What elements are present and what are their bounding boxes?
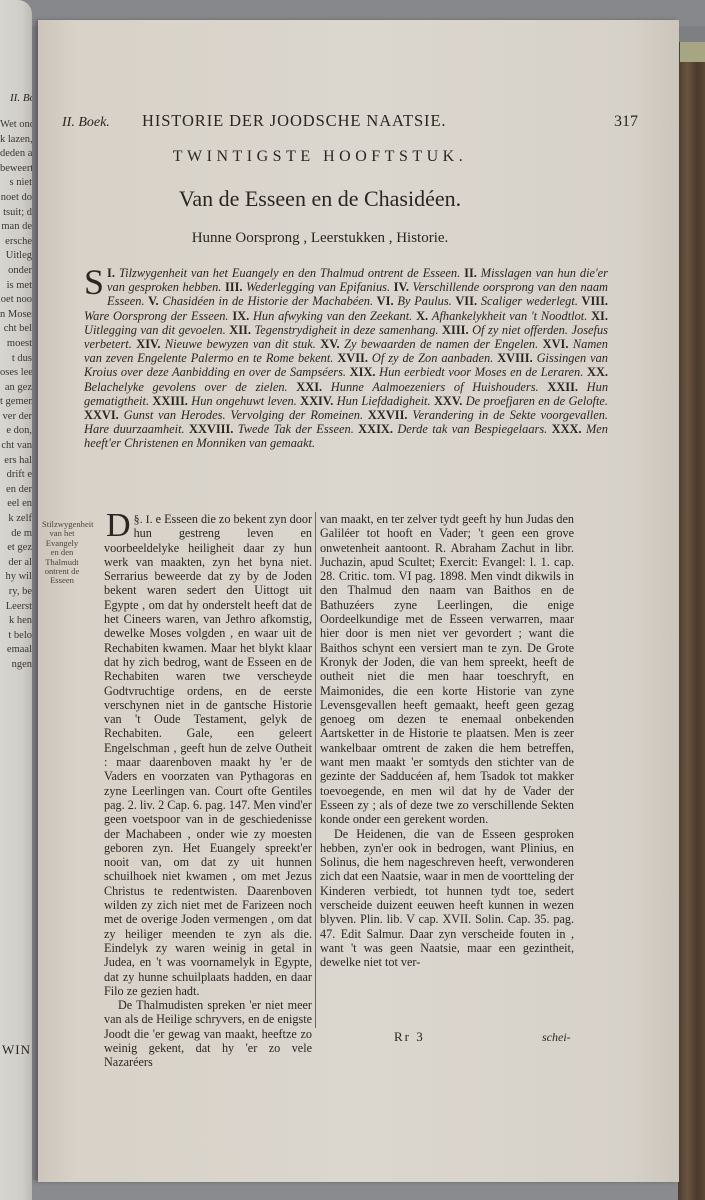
summary-item-text: Ware Oorsprong der Esseen. bbox=[84, 309, 229, 323]
paragraph: De Heidenen, die van de Esseen gesproken… bbox=[320, 827, 574, 970]
summary-item-text: Afhankelykheit van 't Noodtlot. bbox=[432, 309, 587, 323]
body-drop-cap: D bbox=[106, 513, 131, 539]
paragraph: §. I. De Esseen die zo bekent zyn door h… bbox=[104, 512, 312, 998]
summary-item-numeral: XXIV. bbox=[297, 394, 337, 408]
facing-page-line: oet noo bbox=[0, 293, 32, 308]
summary-item-text: Wederlegging van Epifanius. bbox=[246, 280, 390, 294]
summary-item-text: Twede Tak der Esseen. bbox=[238, 422, 354, 436]
paragraph-text: e Esseen die zo bekent zyn door hun gest… bbox=[104, 512, 312, 998]
summary-item-numeral: XIX. bbox=[346, 365, 379, 379]
summary-item-numeral: IX. bbox=[229, 309, 253, 323]
summary-item-numeral: XXI. bbox=[288, 380, 331, 394]
facing-page-line: der al bbox=[0, 556, 32, 571]
facing-page-line: cht van bbox=[0, 439, 32, 454]
summary-item-numeral: XXX. bbox=[547, 422, 586, 436]
facing-page-line: tsuit; d bbox=[0, 206, 32, 221]
facing-page-line: Wet onde bbox=[0, 118, 32, 133]
section-mark: §. I. bbox=[134, 512, 153, 526]
summary-item-numeral: XXIX. bbox=[354, 422, 398, 436]
running-head-title: HISTORIE DER JOODSCHE NAATSIE. bbox=[142, 111, 598, 131]
facing-page-line: k hen bbox=[0, 614, 32, 629]
facing-page-line: et gez bbox=[0, 541, 32, 556]
summary-item-numeral: X. bbox=[412, 309, 432, 323]
summary-item-numeral: XV. bbox=[316, 337, 344, 351]
page-number: 317 bbox=[598, 113, 638, 131]
summary-item-text: Hun afwyking van den Zeekant. bbox=[253, 309, 412, 323]
summary-item-numeral: IV. bbox=[390, 280, 412, 294]
facing-page-text: Wet ondek lazen,deden albeweerts nietnoe… bbox=[0, 118, 32, 673]
summary-item-numeral: XX. bbox=[583, 365, 608, 379]
summary-item-numeral: II. bbox=[460, 266, 481, 280]
book-cover-edge bbox=[678, 42, 705, 1200]
summary-item-text: Scaliger wederlegt. bbox=[481, 294, 578, 308]
summary-items: Tilzwygenheit van het Euangely en den Th… bbox=[84, 266, 608, 450]
facing-page-line: drift e bbox=[0, 468, 32, 483]
summary-item-numeral: XXVIII. bbox=[185, 422, 238, 436]
facing-page-line: k zelf bbox=[0, 512, 32, 527]
summary-item-text: Tilzwygenheit van het Euangely en den Th… bbox=[119, 266, 460, 280]
summary-item-numeral: XIII. bbox=[439, 323, 473, 337]
summary-item-numeral: XXVI. bbox=[84, 408, 124, 422]
chapter-tagline: Hunne Oorsprong , Leerstukken , Historie… bbox=[60, 230, 580, 247]
summary-item-numeral: XVI. bbox=[538, 337, 573, 351]
chapter-title: TWINTIGSTE HOOFTSTUK. bbox=[60, 148, 580, 166]
facing-page-line: ers hal bbox=[0, 454, 32, 469]
running-head: II. Boek. HISTORIE DER JOODSCHE NAATSIE.… bbox=[62, 111, 638, 131]
summary-item-text: Hunne Aalmoezeniers of Huishouders. bbox=[331, 380, 539, 394]
summary-item-text: Nieuwe bewyzen van dit stuk. bbox=[165, 337, 316, 351]
summary-item-numeral: XVIII. bbox=[493, 351, 536, 365]
facing-page-line: oses lee bbox=[0, 366, 32, 381]
summary-item-numeral: XXIII. bbox=[149, 394, 191, 408]
catchword: schei- bbox=[542, 1030, 571, 1045]
facing-page-line: hy wil bbox=[0, 570, 32, 585]
facing-page-line: moest bbox=[0, 337, 32, 352]
summary-item-text: Hun eerbiedt voor Moses en de Leraren. bbox=[379, 365, 583, 379]
signature-mark: Rr 3 bbox=[394, 1029, 425, 1045]
summary-lead-numeral: I. bbox=[107, 266, 115, 280]
facing-page-line: t gemen bbox=[0, 395, 32, 410]
summary-drop-cap: S bbox=[84, 268, 104, 296]
chapter-summary: I.STilzwygenheit van het Euangely en den… bbox=[84, 266, 608, 451]
summary-item-text: De proefjaren en de Gelofte. bbox=[466, 394, 608, 408]
facing-page-line: t dus bbox=[0, 352, 32, 367]
summary-item-numeral: VI. bbox=[373, 294, 397, 308]
paragraph: De Thalmudisten spreken 'er niet meer va… bbox=[104, 998, 312, 1069]
summary-item-numeral: XXV. bbox=[431, 394, 466, 408]
summary-item-text: Tegenstrydigheit in deze samenhang. bbox=[255, 323, 439, 337]
summary-item-text: Chasidéen in de Historie der Machabéen. bbox=[162, 294, 373, 308]
summary-item-text: Uitlegging van dit gevoelen. bbox=[84, 323, 226, 337]
facing-page-line: e don, bbox=[0, 424, 32, 439]
summary-item-numeral: VII. bbox=[452, 294, 481, 308]
facing-page-line: an gez bbox=[0, 381, 32, 396]
facing-page-line: ersche bbox=[0, 235, 32, 250]
chapter-subtitle: Van de Esseen en de Chasidéen. bbox=[60, 186, 580, 212]
summary-item-numeral: XIV. bbox=[132, 337, 165, 351]
facing-page-line: beweert bbox=[0, 162, 32, 177]
summary-item-text: Zy bewaarden de namen der Engelen. bbox=[344, 337, 538, 351]
summary-item-text: Hun ongehuwt leven. bbox=[191, 394, 297, 408]
facing-page-line: cht bel bbox=[0, 322, 32, 337]
summary-item-text: By Paulus. bbox=[397, 294, 451, 308]
summary-item-text: Of zy de Zon aanbaden. bbox=[372, 351, 493, 365]
summary-item-numeral: XII. bbox=[226, 323, 255, 337]
facing-page-line: onder bbox=[0, 264, 32, 279]
facing-page-strip: II. Boek Wet ondek lazen,deden albeweert… bbox=[0, 0, 32, 1200]
facing-page-line: k lazen, bbox=[0, 133, 32, 148]
body-left-column: §. I. De Esseen die zo bekent zyn door h… bbox=[104, 512, 312, 1070]
paragraph: van maakt, en ter zelver tydt geeft hy h… bbox=[320, 512, 574, 827]
facing-page-line: Leerst bbox=[0, 600, 32, 615]
facing-page-line: en der bbox=[0, 483, 32, 498]
facing-page-line: ver der bbox=[0, 410, 32, 425]
facing-page-line: eel en bbox=[0, 497, 32, 512]
body-right-column: van maakt, en ter zelver tydt geeft hy h… bbox=[320, 512, 574, 970]
facing-page-line: Uitleg bbox=[0, 249, 32, 264]
summary-item-text: Hun Liefdadigheit. bbox=[337, 394, 431, 408]
facing-page-line: emaal bbox=[0, 643, 32, 658]
facing-page-line: deden al bbox=[0, 147, 32, 162]
facing-page-line: ngen bbox=[0, 658, 32, 673]
summary-item-text: Belachelyke gevolens over de zielen. bbox=[84, 380, 288, 394]
running-head-book: II. Boek. bbox=[62, 115, 124, 131]
facing-page-line: noet do bbox=[0, 191, 32, 206]
summary-item-text: Gunst van Herodes. Vervolging der Romein… bbox=[124, 408, 363, 422]
facing-page-line: is met bbox=[0, 279, 32, 294]
summary-item-numeral: XVII. bbox=[333, 351, 372, 365]
summary-item-numeral: XXVII. bbox=[363, 408, 412, 422]
summary-item-numeral: V. bbox=[145, 294, 163, 308]
facing-page-line: ry, be bbox=[0, 585, 32, 600]
facing-page-line: s niet bbox=[0, 176, 32, 191]
facing-page-catchword: WIN bbox=[2, 1042, 31, 1058]
summary-item-numeral: III. bbox=[221, 280, 246, 294]
book-cover-corner bbox=[680, 42, 705, 62]
background-bottom bbox=[0, 1180, 705, 1200]
facing-page-running-head: II. Boek bbox=[10, 92, 32, 104]
summary-item-text: Derde tak van Bespiegelaars. bbox=[397, 422, 547, 436]
facing-page-line: t belo bbox=[0, 629, 32, 644]
column-rule bbox=[315, 512, 316, 1028]
summary-item-numeral: VIII. bbox=[578, 294, 608, 308]
margin-note: Stilzwygenheit van het Evangely en den T… bbox=[42, 520, 82, 586]
facing-page-line: man de bbox=[0, 220, 32, 235]
summary-item-numeral: XXII. bbox=[539, 380, 587, 394]
facing-page-line: de m bbox=[0, 527, 32, 542]
summary-item-numeral: XI. bbox=[587, 309, 608, 323]
facing-page-line: n Moses bbox=[0, 308, 32, 323]
